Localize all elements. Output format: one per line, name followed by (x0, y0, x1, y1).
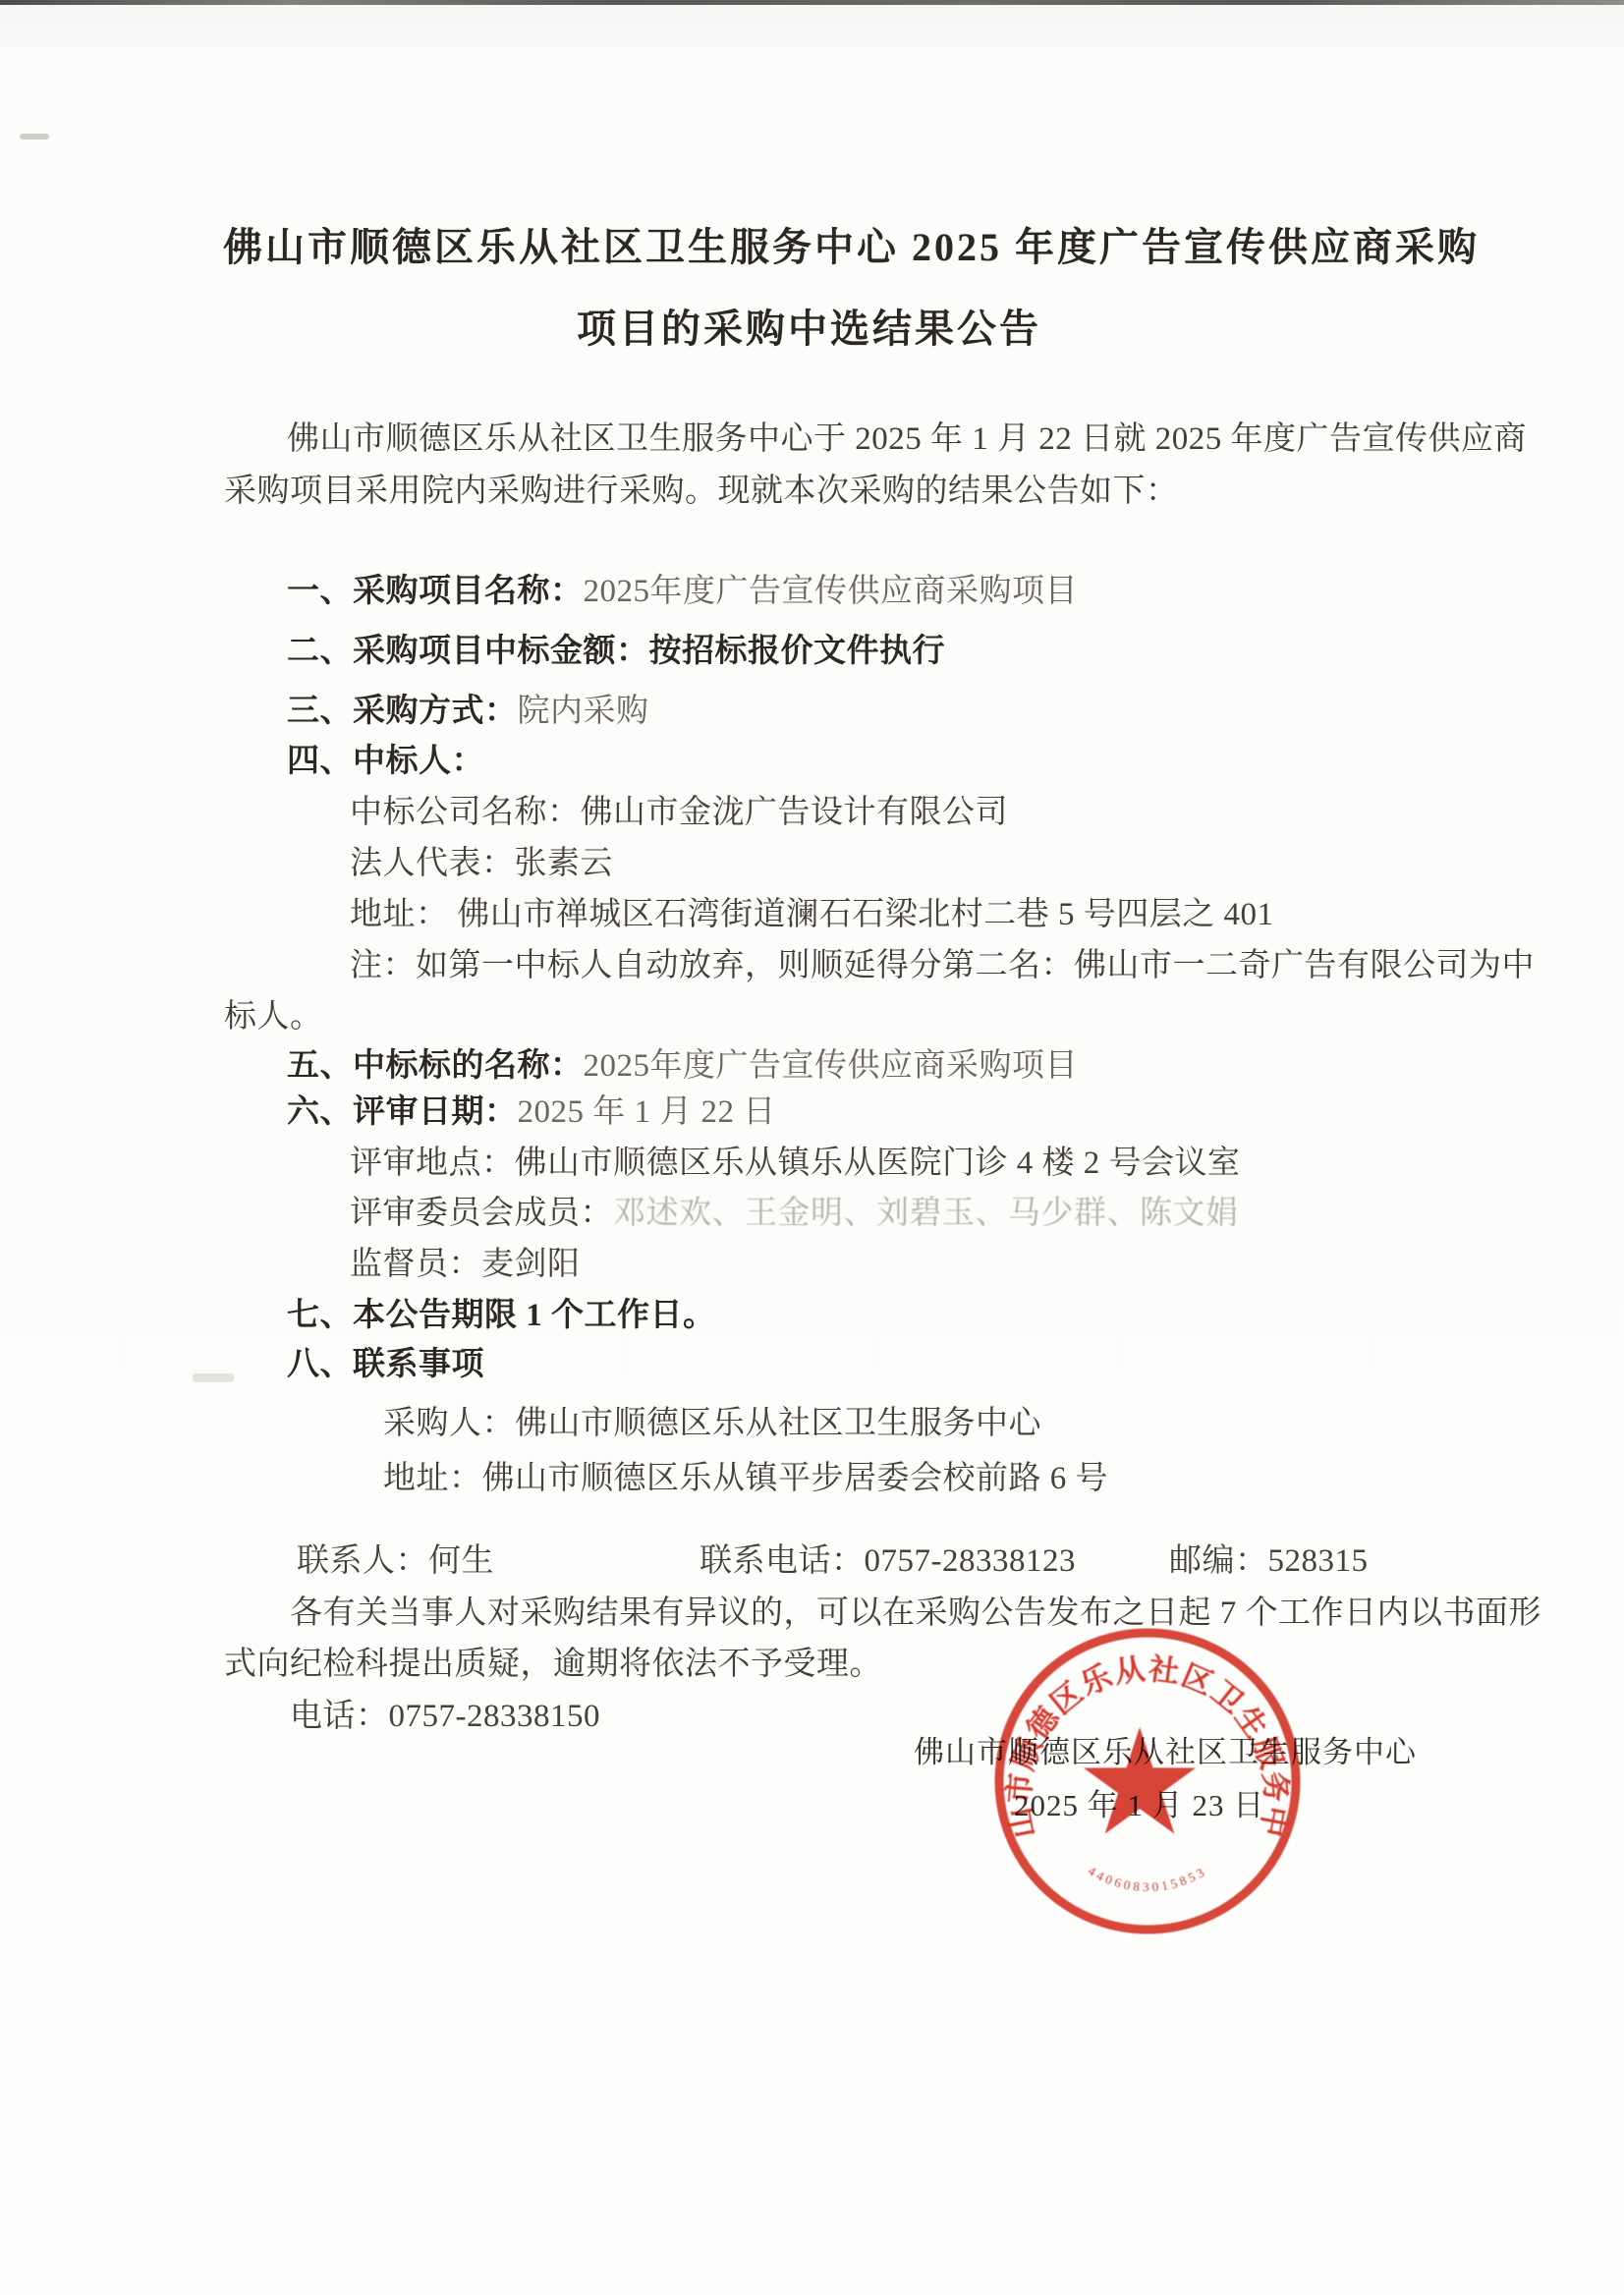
tel-label: 电话： (290, 1699, 389, 1734)
winner-note-line-2: 标人。 (224, 998, 323, 1037)
buyer-label: 采购人： (383, 1406, 515, 1441)
list-item-3: 三、采购方式：院内采购 (287, 693, 649, 732)
supervisor-label: 监督员： (350, 1247, 481, 1282)
item-3-value: 院内采购 (518, 694, 649, 729)
supervisor-value: 麦剑阳 (481, 1247, 581, 1282)
phone-value: 0757-28338123 (865, 1543, 1077, 1579)
item-1-value: 2025年度广告宣传供应商采购项目 (584, 574, 1079, 609)
legal-label: 法人代表： (350, 846, 515, 881)
list-item-1: 一、采购项目名称：2025年度广告宣传供应商采购项目 (287, 573, 1078, 612)
contact-phone: 联系电话：0757-28338123 (700, 1542, 1076, 1582)
seal-number: 4406083015853 (1086, 1863, 1209, 1894)
person-label: 联系人： (297, 1543, 428, 1579)
intro-line-1: 佛山市顺德区乐从社区卫生服务中心于 2025 年 1 月 22 日就 2025 … (287, 420, 1527, 460)
scan-smudge (20, 134, 49, 140)
item-7-label: 七、本公告期限 1 个工作日。 (287, 1298, 716, 1333)
seal-star-icon (1084, 1727, 1196, 1834)
item-1-label: 一、采购项目名称： (287, 574, 584, 609)
person-value: 何生 (428, 1543, 494, 1579)
place-value: 佛山市顺德区乐从镇乐从医院门诊 4 楼 2 号会议室 (515, 1146, 1241, 1181)
tel-value: 0757-28338150 (389, 1699, 601, 1734)
intro-line-2: 采购项目采用院内采购进行采购。现就本次采购的结果公告如下： (224, 473, 1179, 512)
item-4-label: 四、中标人： (287, 744, 484, 779)
winner-note-line-1: 注：如第一中标人自动放弃，则顺延得分第二名：佛山市一二奇广告有限公司为中 (350, 947, 1535, 986)
item-6-value: 2025 年 1 月 22 日 (518, 1094, 776, 1130)
item-5-label: 五、中标标的名称： (287, 1048, 584, 1084)
list-item-4: 四、中标人： (287, 743, 484, 782)
item-6-label: 六、评审日期： (287, 1094, 518, 1130)
review-place-line: 评审地点：佛山市顺德区乐从镇乐从医院门诊 4 楼 2 号会议室 (350, 1145, 1241, 1184)
item-8-label: 八、联系事项 (287, 1347, 484, 1382)
review-committee-line: 评审委员会成员：邓述欢、王金明、刘碧玉、马少群、陈文娟 (350, 1195, 1239, 1234)
objection-line-1: 各有关当事人对采购结果有异议的，可以在采购公告发布之日起 7 个工作日内以书面形 (290, 1595, 1541, 1634)
page-title-line-1: 佛山市顺德区乐从社区卫生服务中心 2025 年度广告宣传供应商采购 (223, 216, 1395, 272)
postcode-label: 邮编： (1169, 1543, 1268, 1579)
contact-person: 联系人：何生 (297, 1542, 494, 1582)
company-value: 佛山市金泷广告设计有限公司 (581, 795, 1009, 830)
buyer-addr-value: 佛山市顺德区乐从镇平步居委会校前路 6 号 (482, 1461, 1109, 1496)
winner-address-line: 地址： 佛山市禅城区石湾街道澜石石梁北村二巷 5 号四层之 401 (350, 896, 1274, 935)
tel-line: 电话：0757-28338150 (290, 1698, 600, 1737)
list-item-8: 八、联系事项 (287, 1346, 484, 1385)
document-page: 佛山市顺德区乐从社区卫生服务中心 2025 年度广告宣传供应商采购 项目的采购中… (0, 0, 1624, 2295)
list-item-5: 五、中标标的名称：2025年度广告宣传供应商采购项目 (287, 1047, 1078, 1087)
buyer-line: 采购人：佛山市顺德区乐从社区卫生服务中心 (383, 1405, 1041, 1444)
list-item-6: 六、评审日期：2025 年 1 月 22 日 (287, 1093, 776, 1133)
postcode-value: 528315 (1268, 1543, 1369, 1579)
buyer-value: 佛山市顺德区乐从社区卫生服务中心 (515, 1406, 1041, 1441)
objection-line-2: 式向纪检科提出质疑，逾期将依法不予受理。 (224, 1646, 882, 1685)
item-3-label: 三、采购方式： (287, 694, 518, 729)
item-2-label: 二、采购项目中标金额： (287, 634, 649, 669)
phone-label: 联系电话： (700, 1543, 865, 1579)
committee-label: 评审委员会成员： (350, 1196, 613, 1231)
address-label: 地址： (350, 897, 449, 932)
scan-smudge (193, 1373, 234, 1382)
page-title-line-2: 项目的采购中选结果公告 (223, 298, 1395, 354)
buyer-addr-label: 地址： (383, 1461, 482, 1496)
review-supervisor-line: 监督员：麦剑阳 (350, 1246, 581, 1285)
list-item-7: 七、本公告期限 1 个工作日。 (287, 1297, 716, 1336)
official-seal: 佛山市顺德区乐从社区卫生服务中心 4406083015853 (980, 1614, 1315, 1948)
winner-company-line: 中标公司名称：佛山市金泷广告设计有限公司 (350, 794, 1008, 833)
contact-postcode: 邮编：528315 (1169, 1542, 1369, 1582)
item-2-value: 按招标报价文件执行 (649, 634, 946, 669)
item-5-value: 2025年度广告宣传供应商采购项目 (584, 1048, 1079, 1084)
place-label: 评审地点： (350, 1146, 515, 1181)
buyer-address-line: 地址：佛山市顺德区乐从镇平步居委会校前路 6 号 (383, 1460, 1108, 1499)
address-value: 佛山市禅城区石湾街道澜石石梁北村二巷 5 号四层之 401 (457, 897, 1273, 932)
company-label: 中标公司名称： (350, 795, 581, 830)
list-item-2: 二、采购项目中标金额：按招标报价文件执行 (287, 633, 945, 672)
committee-members: 邓述欢、王金明、刘碧玉、马少群、陈文娟 (613, 1196, 1239, 1231)
winner-legal-line: 法人代表：张素云 (350, 845, 613, 884)
scan-edge-artifact (0, 0, 1624, 5)
legal-value: 张素云 (515, 846, 614, 881)
